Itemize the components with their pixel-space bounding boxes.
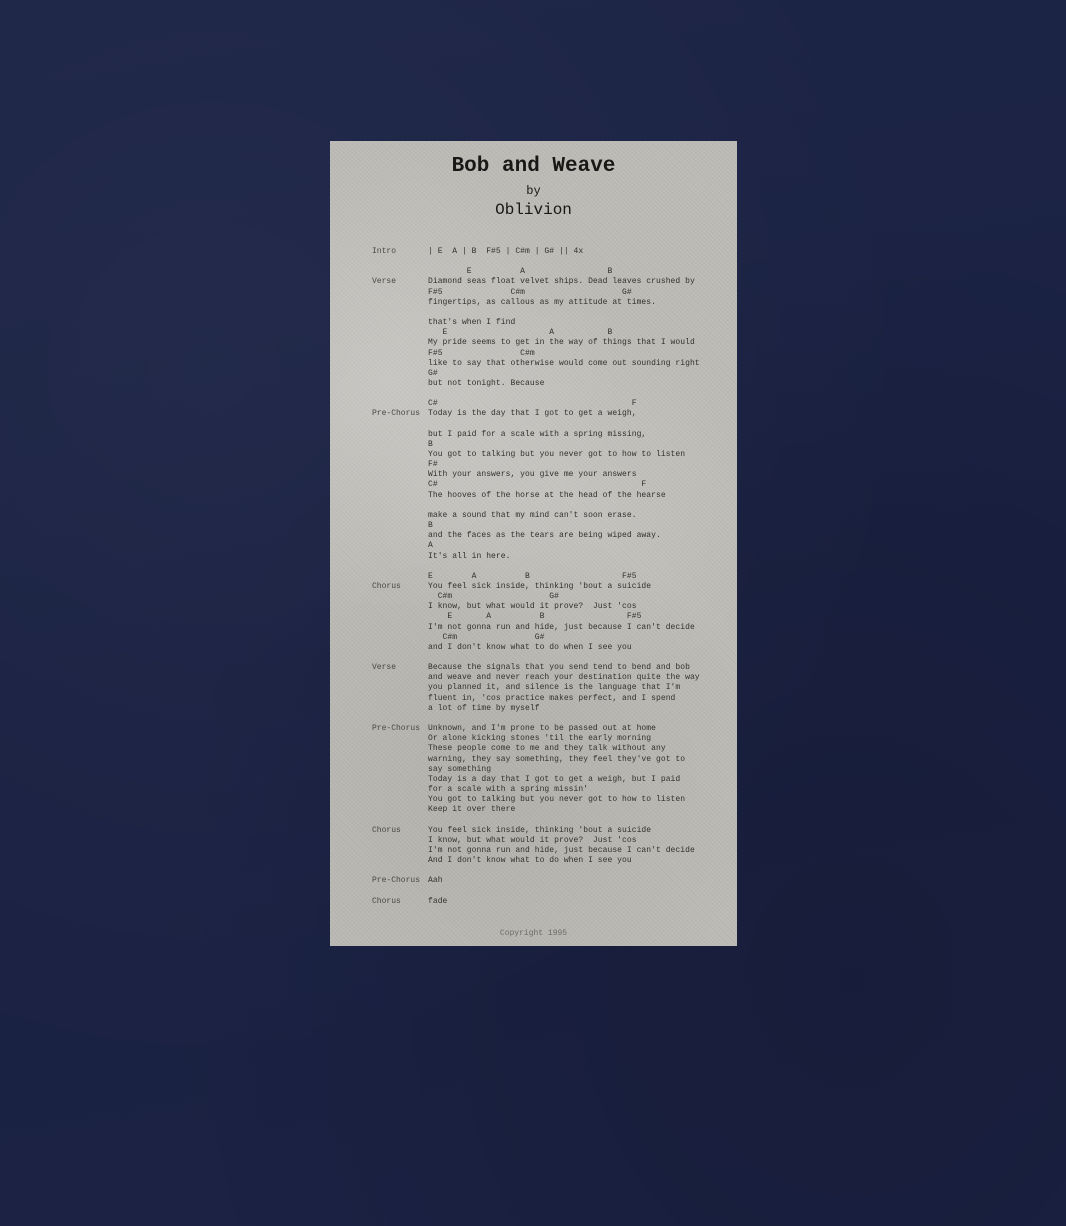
lyric-line: You got to talking but you never got to …: [428, 795, 685, 805]
lyric-line: fade: [428, 897, 447, 907]
lyric-line: for a scale with a spring missin': [428, 785, 588, 795]
lyric-line: you planned it, and silence is the langu…: [428, 683, 680, 693]
chord-line: C# F: [428, 480, 646, 490]
lyric-line: fluent in, 'cos practice makes perfect, …: [428, 694, 675, 704]
by-label: by: [330, 184, 737, 198]
lyric-line: My pride seems to get in the way of thin…: [428, 338, 695, 348]
chord-line: | E A | B F#5 | C#m | G# || 4x: [428, 247, 583, 257]
lyric-line: These people come to me and they talk wi…: [428, 744, 666, 754]
song-title: Bob and Weave: [330, 155, 737, 178]
lyric-line: The hooves of the horse at the head of t…: [428, 491, 666, 501]
lyric-sheet: Bob and Weave by Oblivion | E A | B F#5 …: [330, 141, 737, 946]
lyric-line: and the faces as the tears are being wip…: [428, 531, 661, 541]
chord-line: G#: [428, 369, 438, 379]
chord-line: E A B: [428, 328, 612, 338]
chord-line: E A B: [428, 267, 612, 277]
lyric-line: fingertips, as callous as my attitude at…: [428, 298, 656, 308]
lyric-line: And I don't know what to do when I see y…: [428, 856, 632, 866]
lyric-line: Aah: [428, 876, 443, 886]
lyric-line: make a sound that my mind can't soon era…: [428, 511, 637, 521]
chord-line: C#m G#: [428, 633, 544, 643]
chord-line: E A B F#5: [428, 572, 637, 582]
chord-line: A: [428, 541, 433, 551]
lyric-line: warning, they say something, they feel t…: [428, 755, 685, 765]
chord-line: B: [428, 440, 433, 450]
lyric-line: I'm not gonna run and hide, just because…: [428, 846, 695, 856]
chord-line: C# F: [428, 399, 637, 409]
lyric-line: It's all in here.: [428, 552, 510, 562]
section-label: Intro: [372, 247, 396, 257]
lyric-line: Or alone kicking stones 'til the early m…: [428, 734, 651, 744]
chord-line: C#m G#: [428, 592, 559, 602]
section-label: Chorus: [372, 897, 401, 907]
chord-line: F#5 C#m: [428, 349, 535, 359]
lyric-line: I'm not gonna run and hide, just because…: [428, 623, 695, 633]
lyric-line: Unknown, and I'm prone to be passed out …: [428, 724, 656, 734]
chord-line: F#: [428, 460, 438, 470]
section-label: Verse: [372, 663, 396, 673]
chord-line: B: [428, 521, 433, 531]
chord-line: F#5 C#m G#: [428, 288, 632, 298]
section-label: Pre-Chorus: [372, 724, 420, 734]
lyric-line: Today is the day that I got to get a wei…: [428, 409, 637, 419]
lyric-line: Diamond seas float velvet ships. Dead le…: [428, 277, 695, 287]
lyric-line: I know, but what would it prove? Just 'c…: [428, 602, 637, 612]
lyric-line: You got to talking but you never got to …: [428, 450, 685, 460]
lyric-line: and weave and never reach your destinati…: [428, 673, 700, 683]
lyric-line: say something: [428, 765, 491, 775]
copyright-notice: Copyright 1995: [330, 929, 737, 938]
lyric-line: that's when I find: [428, 318, 515, 328]
lyric-line: a lot of time by myself: [428, 704, 540, 714]
lyric-line: but I paid for a scale with a spring mis…: [428, 430, 646, 440]
section-label: Pre-Chorus: [372, 409, 420, 419]
lyric-line: You feel sick inside, thinking 'bout a s…: [428, 826, 651, 836]
section-label: Chorus: [372, 582, 401, 592]
lyric-line: like to say that otherwise would come ou…: [428, 359, 700, 369]
lyric-line: You feel sick inside, thinking 'bout a s…: [428, 582, 651, 592]
lyric-line: Because the signals that you send tend t…: [428, 663, 690, 673]
lyric-line: With your answers, you give me your answ…: [428, 470, 637, 480]
lyric-line: Today is a day that I got to get a weigh…: [428, 775, 680, 785]
section-label: Pre-Chorus: [372, 876, 420, 886]
lyric-line: I know, but what would it prove? Just 'c…: [428, 836, 637, 846]
section-label: Chorus: [372, 826, 401, 836]
section-label: Verse: [372, 277, 396, 287]
lyric-line: Keep it over there: [428, 805, 515, 815]
lyric-line: but not tonight. Because: [428, 379, 544, 389]
artist-name: Oblivion: [330, 201, 737, 219]
lyric-line: and I don't know what to do when I see y…: [428, 643, 632, 653]
chord-line: E A B F#5: [428, 612, 641, 622]
